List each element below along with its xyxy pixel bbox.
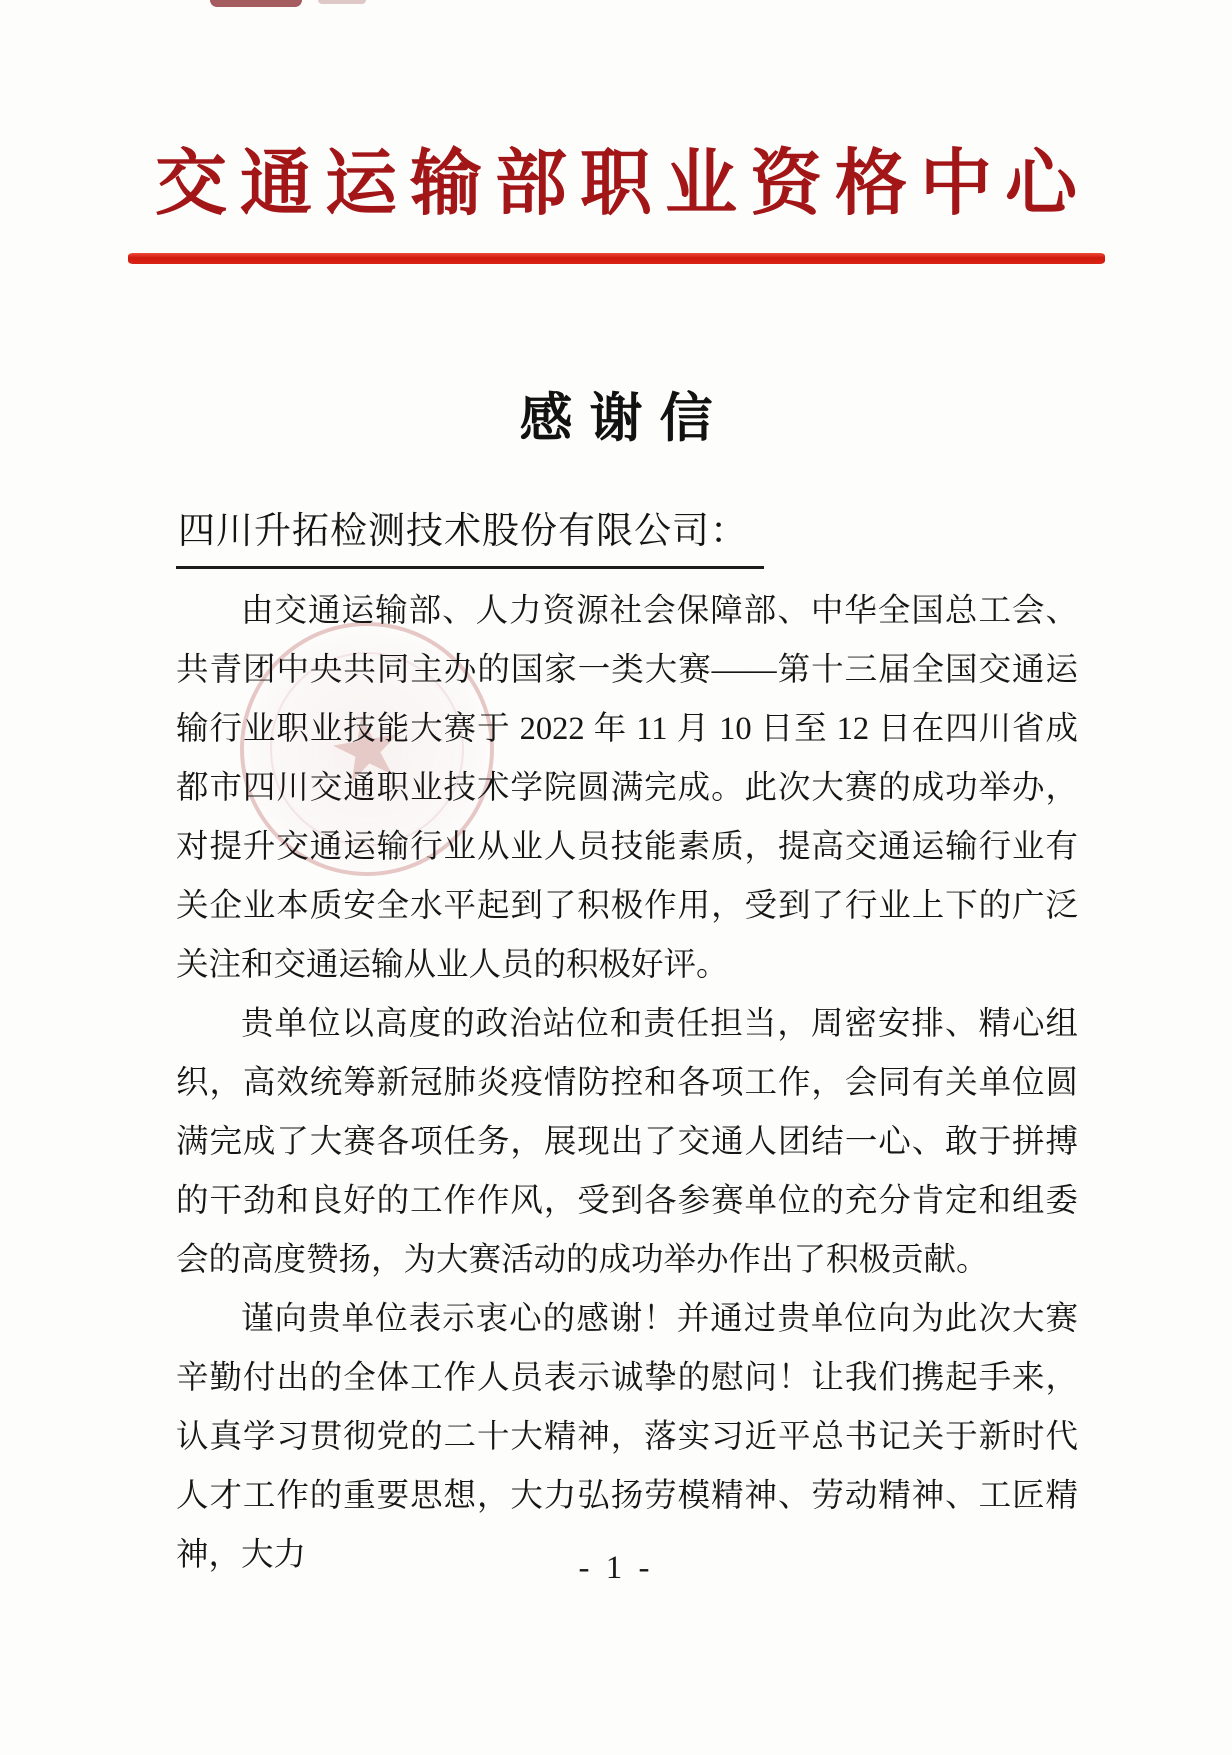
addressee-line: 四川升拓检测技术股份有限公司：	[176, 506, 764, 569]
scan-smudge	[318, 0, 366, 4]
scanned-letter-page: 交通运输部职业资格中心 感谢信 ★ 四川升拓检测技术股份有限公司： 由交通运输部…	[0, 0, 1232, 1755]
letterhead-rule	[128, 253, 1105, 264]
paragraph: 贵单位以高度的政治站位和责任担当，周密安排、精心组织，高效统筹新冠肺炎疫情防控和…	[176, 995, 1078, 1290]
letter-title: 感谢信	[0, 388, 1232, 450]
letter-body: 由交通运输部、人力资源社会保障部、中华全国总工会、共青团中央共同主办的国家一类大…	[176, 582, 1078, 1585]
paragraph: 谨向贵单位表示衷心的感谢！并通过贵单位向为此次大赛辛勤付出的全体工作人员表示诚挚…	[176, 1290, 1078, 1585]
scan-smudge	[210, 0, 302, 7]
letterhead-title: 交通运输部职业资格中心	[0, 138, 1232, 230]
paragraph: 由交通运输部、人力资源社会保障部、中华全国总工会、共青团中央共同主办的国家一类大…	[176, 582, 1078, 995]
